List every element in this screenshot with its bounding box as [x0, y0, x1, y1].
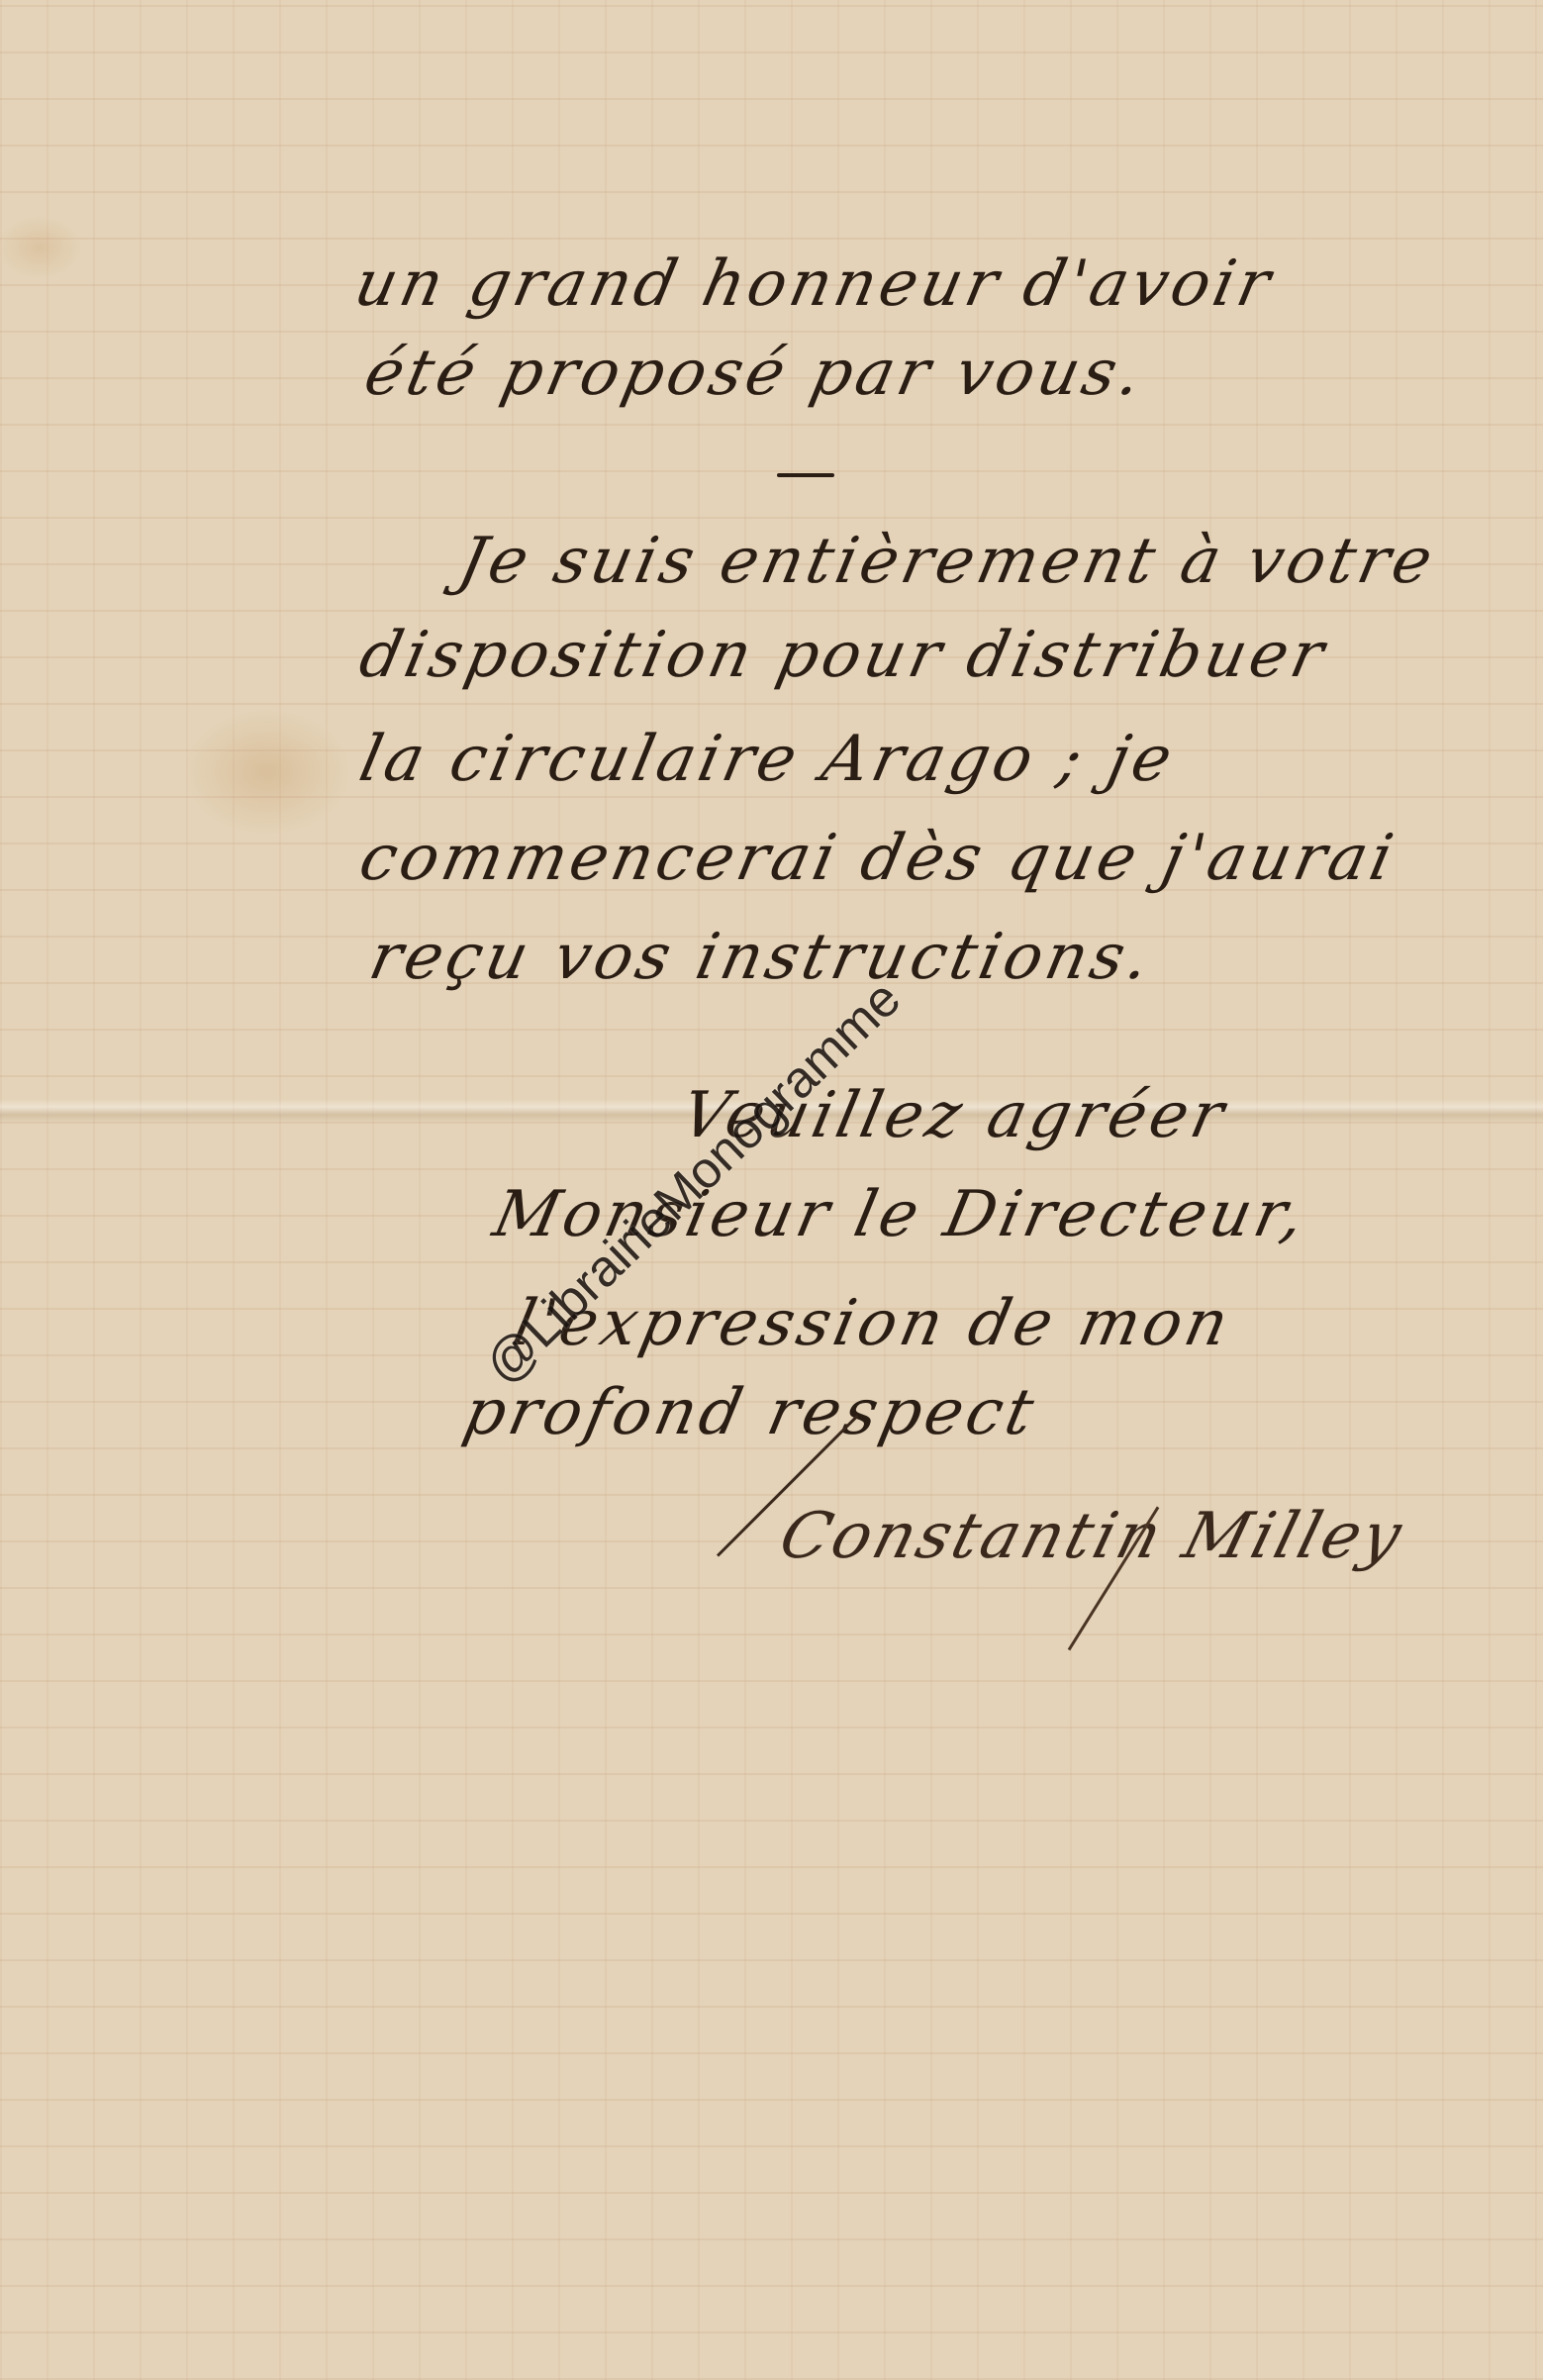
- body-line-3: Je suis entièrement à votre: [452, 525, 1442, 598]
- body-line-4: disposition pour distribuer: [353, 619, 1333, 692]
- body-line-7: reçu vos instructions.: [363, 921, 1160, 994]
- body-line-2: été proposé par vous.: [358, 337, 1151, 410]
- section-divider-dash: [777, 473, 834, 477]
- closing-line-4: profond respect: [457, 1376, 1043, 1449]
- body-line-1: un grand honneur d'avoir: [348, 248, 1280, 321]
- body-line-6: commencerai dès que j'aurai: [353, 822, 1402, 895]
- signature: Constantin Milley: [772, 1500, 1411, 1573]
- letter-page: un grand honneur d'avoir été proposé par…: [0, 0, 1543, 2380]
- closing-line-3: l'expression de mon: [507, 1287, 1238, 1360]
- body-line-5: la circulaire Arago ; je: [353, 723, 1182, 796]
